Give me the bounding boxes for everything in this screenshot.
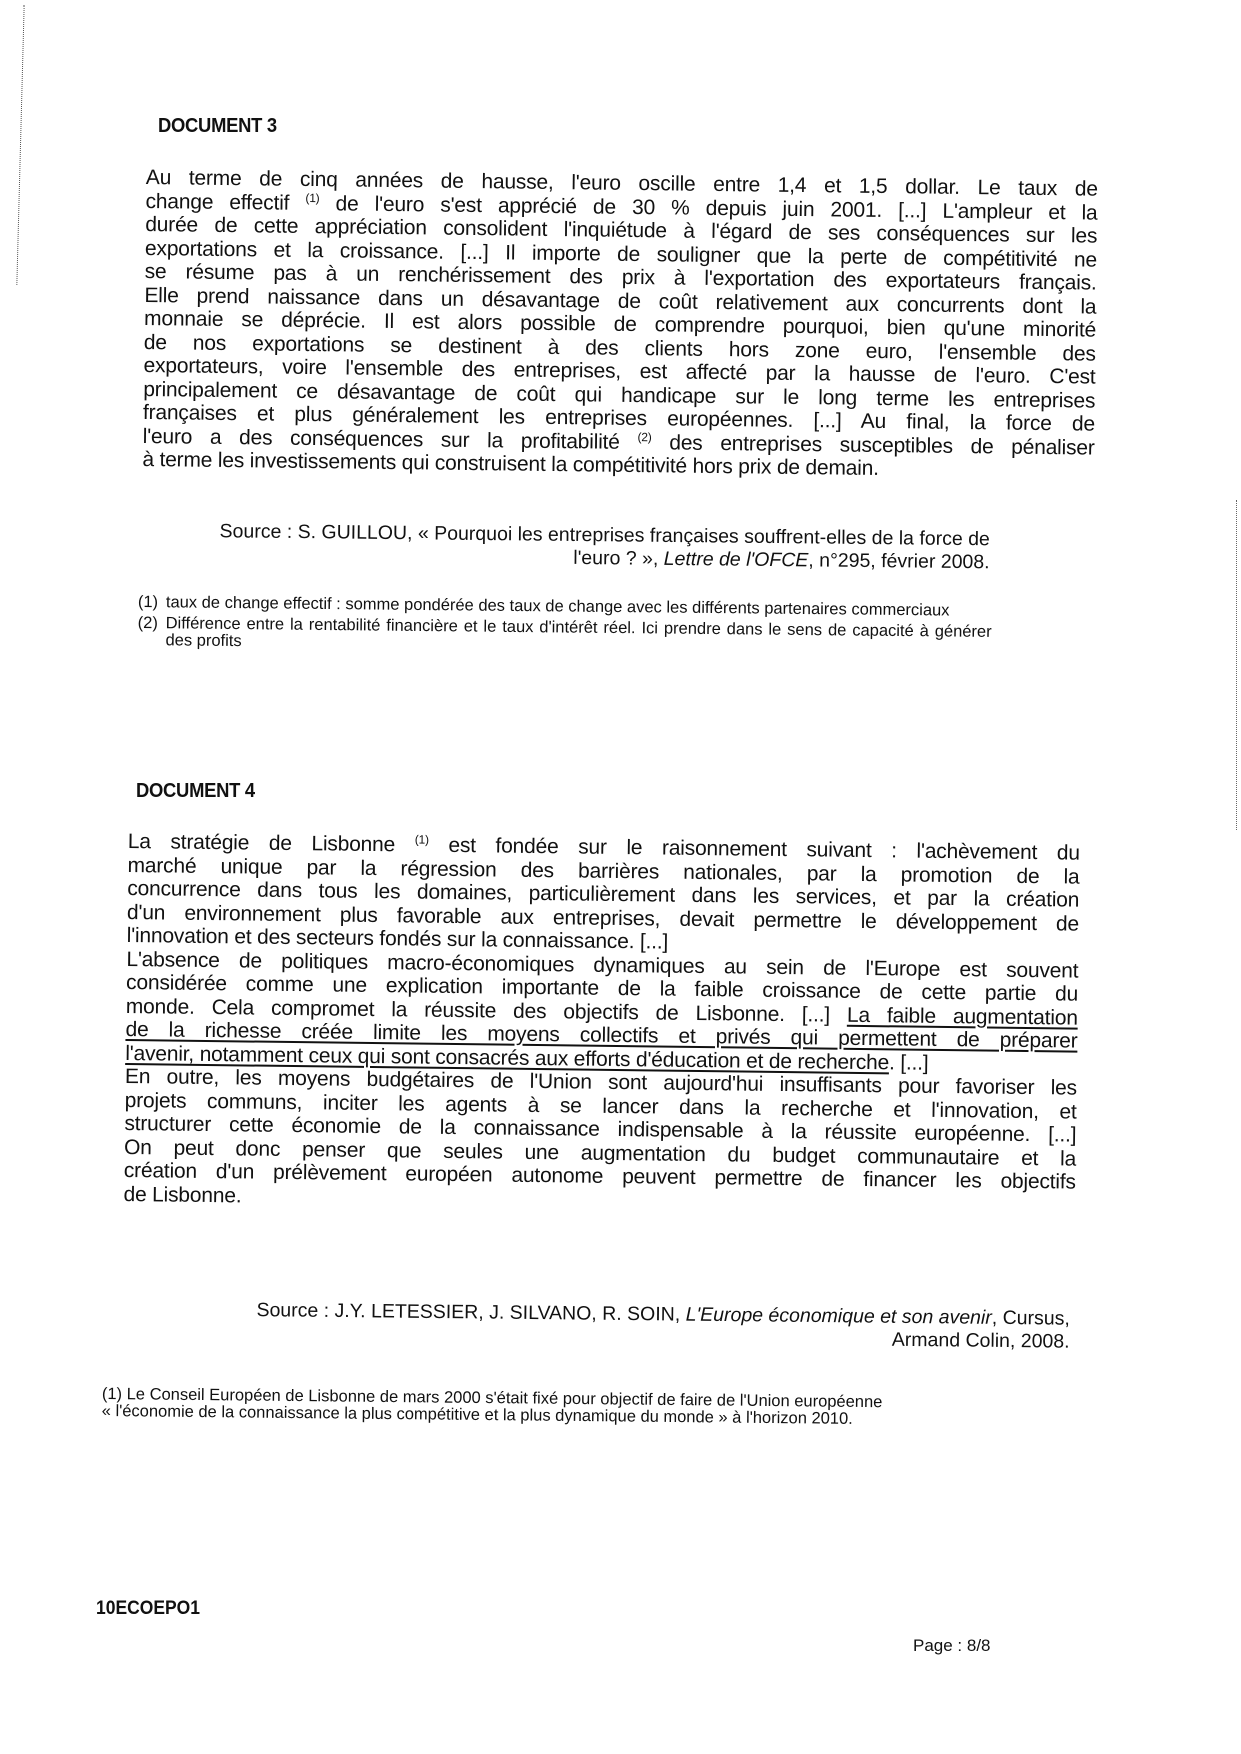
- footnote-marker: (1): [305, 190, 319, 204]
- book-title: L'Europe économique et son avenir: [686, 1304, 992, 1329]
- scan-edge-artifact: [16, 5, 26, 285]
- document-4-paragraph: La stratégie de Lisbonne (1) est fondée …: [123, 830, 1080, 1218]
- footnote-marker: (1): [415, 833, 429, 847]
- text-segment: Source : J.Y. LETESSIER, J. SILVANO, R. …: [256, 1299, 685, 1325]
- publication-title: Lettre de l'OFCE: [664, 548, 809, 572]
- footnote-number: (1): [138, 594, 166, 611]
- footnote-1: (1) Le Conseil Européen de Lisbonne de m…: [102, 1386, 1082, 1430]
- document-4-title: DOCUMENT 4: [136, 780, 255, 803]
- document-4-footnotes: (1) Le Conseil Européen de Lisbonne de m…: [102, 1386, 1082, 1430]
- footer-code-block: 10ECOEPO1: [96, 1598, 209, 1620]
- text-segment: , Cursus,: [992, 1307, 1070, 1330]
- document-4-title-block: DOCUMENT 4: [136, 780, 265, 803]
- document-4-source: Source : J.Y. LETESSIER, J. SILVANO, R. …: [150, 1298, 1070, 1354]
- document-3-footnotes: (1) taux de change effectif : somme pond…: [137, 594, 992, 662]
- text-segment: , n°295, février 2008.: [808, 549, 989, 573]
- text-segment: l'euro ? »,: [573, 547, 664, 570]
- page-number: Page : 8/8: [913, 1636, 991, 1656]
- footnote-number: (1): [102, 1385, 122, 1403]
- text-segment: La stratégie de Lisbonne: [128, 830, 395, 856]
- document-3-paragraph: Au terme de cinq années de hausse, l'eur…: [142, 166, 1098, 483]
- text-segment: change effectif: [145, 189, 289, 214]
- footnote-text: Différence entre la rentabilité financiè…: [165, 615, 991, 658]
- scan-edge-artifact: [1236, 500, 1238, 830]
- document-3-source: Source : S. GUILLOU, « Pourquoi les entr…: [200, 520, 990, 574]
- footnote-marker: (2): [637, 430, 651, 444]
- exam-code: 10ECOEPO1: [96, 1598, 200, 1620]
- footnote-2: (2) Différence entre la rentabilité fina…: [137, 615, 991, 658]
- footnote-number: (2): [137, 615, 165, 649]
- underlined-text: La faible augmentation: [847, 1003, 1078, 1029]
- document-3-title: DOCUMENT 3: [158, 115, 277, 138]
- text-segment: . [...]: [889, 1051, 929, 1074]
- document-3-title-block: DOCUMENT 3: [158, 115, 287, 138]
